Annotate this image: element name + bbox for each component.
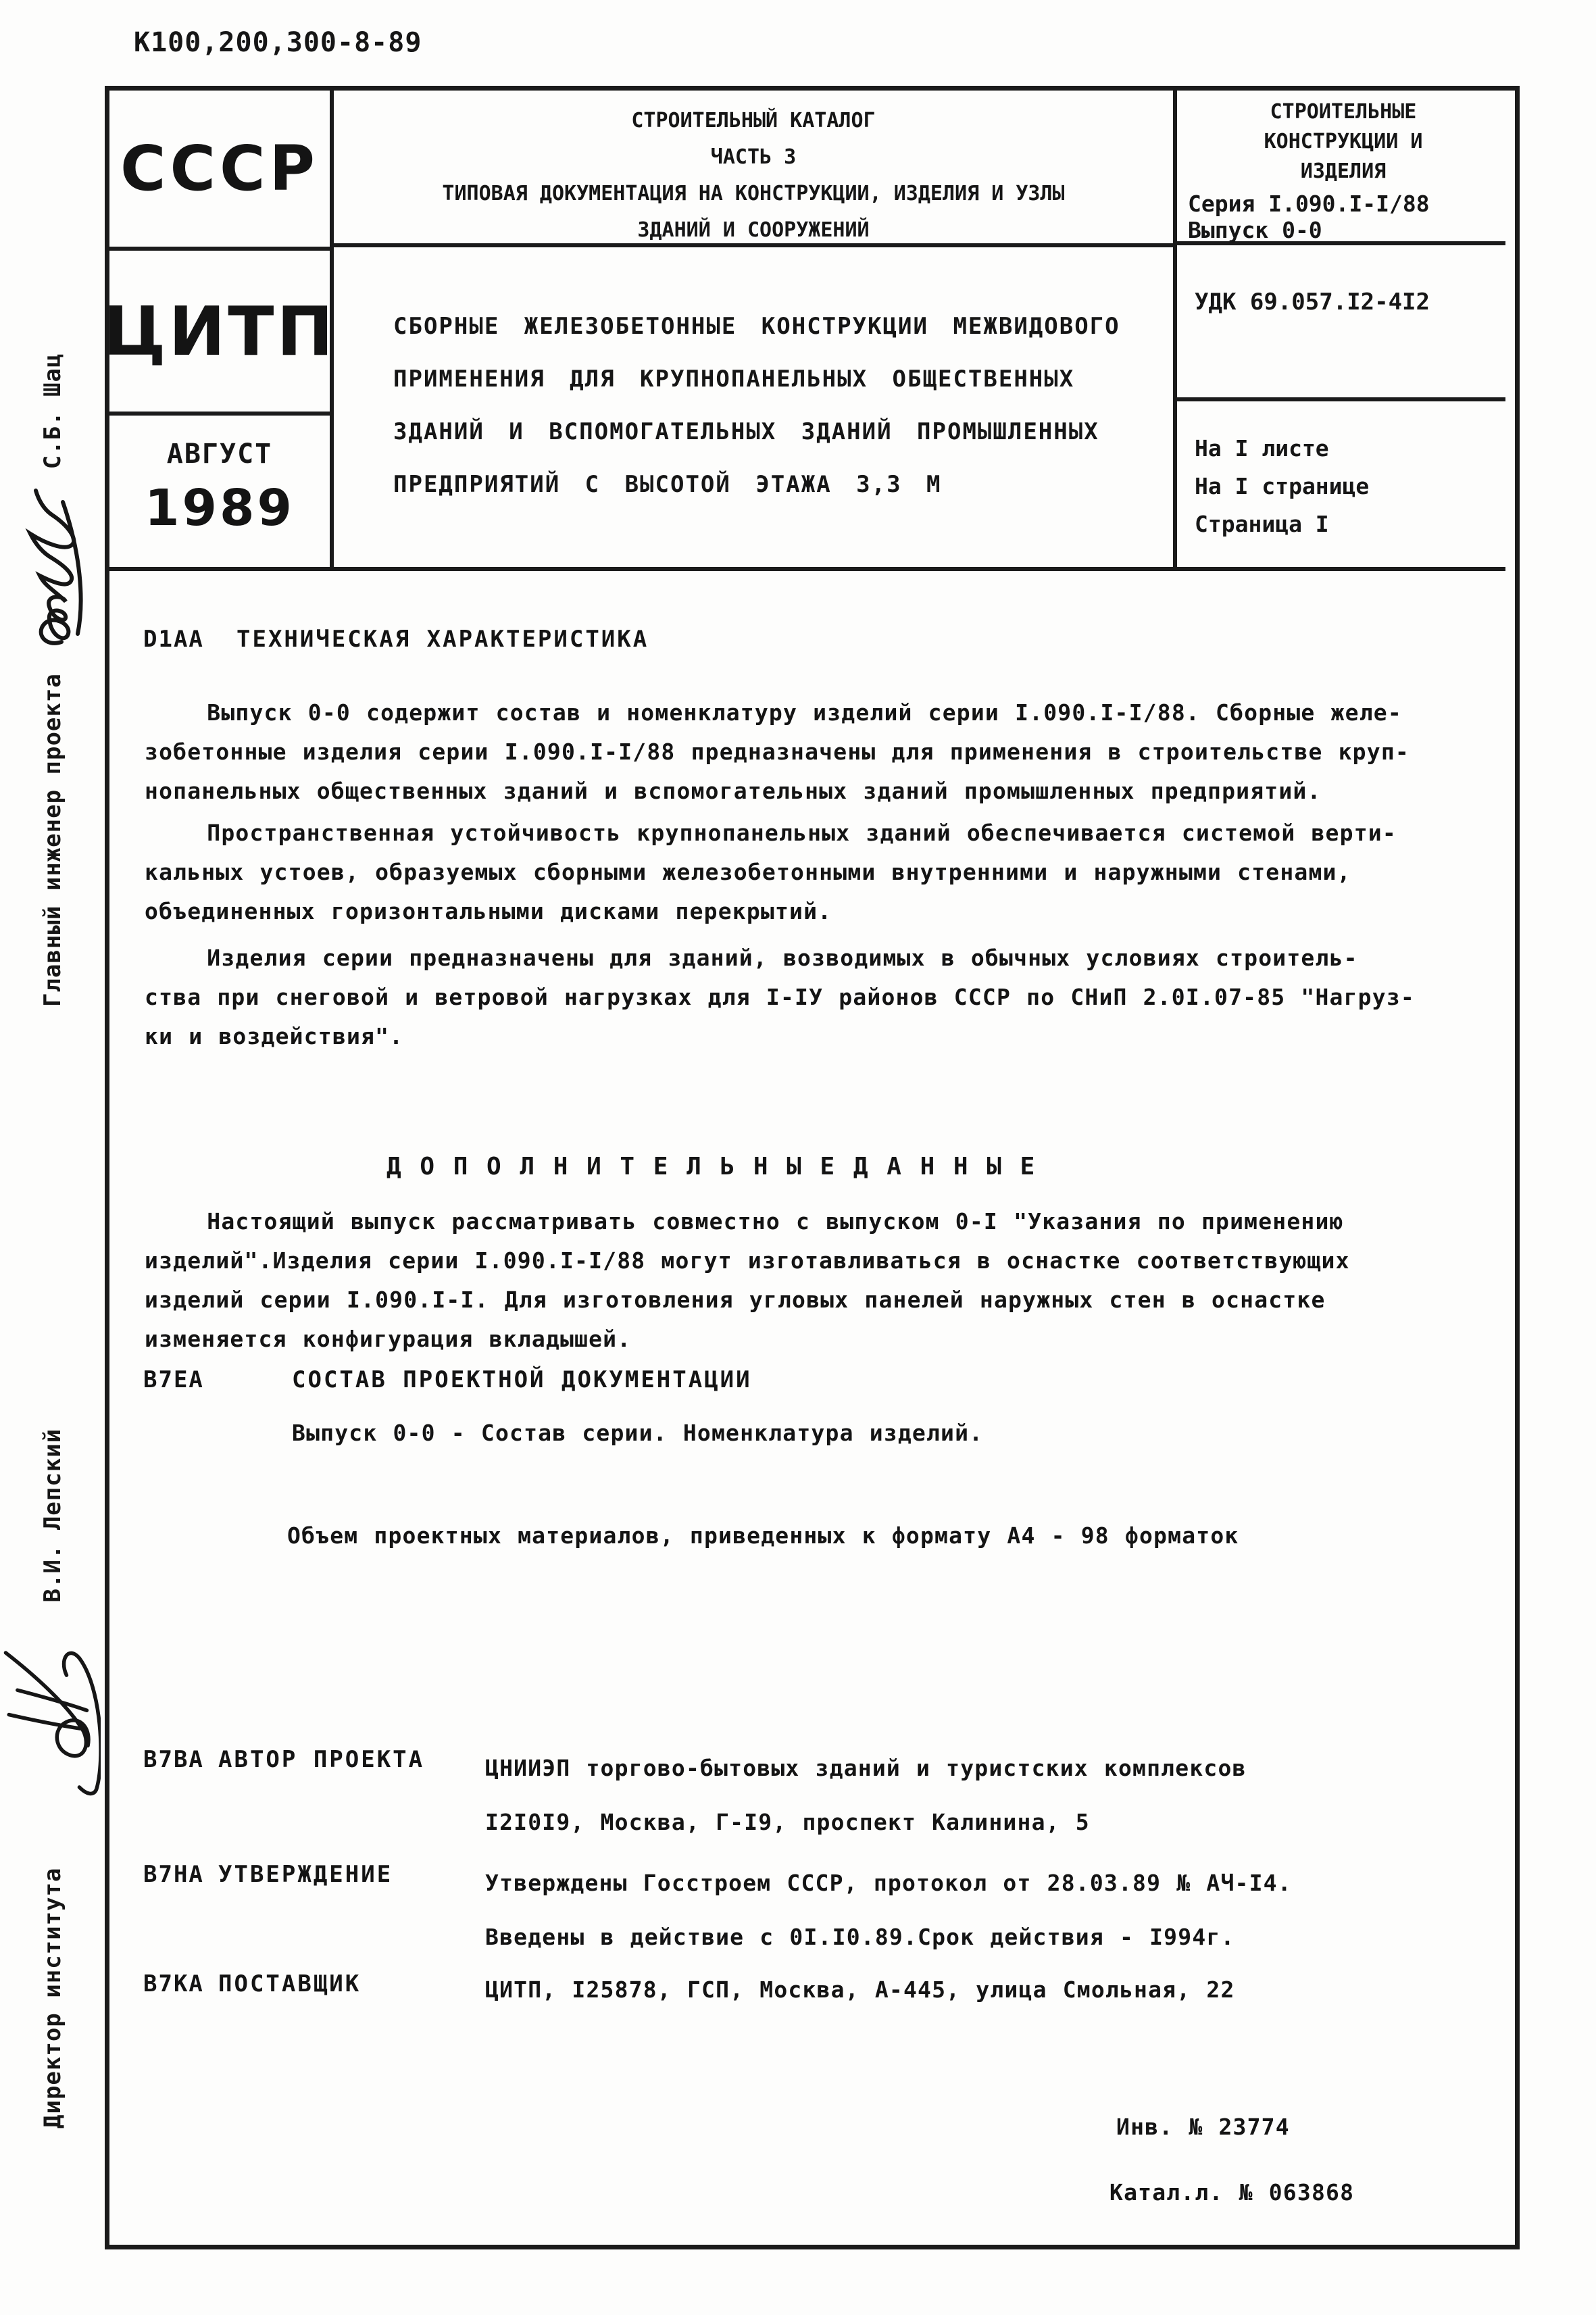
udk-code: УДК 69.057.I2-4I2 [1177,245,1505,316]
header-cell-main-title: СБОРНЫЕ ЖЕЛЕЗОБЕТОННЫЕ КОНСТРУКЦИИ МЕЖВИ… [334,247,1173,567]
series-number: Серия I.090.I-I/88 [1188,191,1499,217]
country-label: СССР [120,132,319,205]
header-cell-sheet-info: На I листе На I странице Страница I [1173,401,1505,567]
margin-signature-block-director: Директор института В.И. Лепский [5,1341,100,2129]
header-cell-udk: УДК 69.057.I2-4I2 [1173,245,1505,401]
additional-paragraph: Настоящий выпуск рассматривать совместно… [145,1202,1449,1359]
section-code-b7va: В7ВА [143,1746,204,1773]
section-code-b7na: В7НА [143,1861,204,1888]
corner-classification-code: К100,200,300-8-89 [134,27,422,58]
director-name: В.И. Лепский [39,1428,66,1603]
tech-paragraph-1: Выпуск 0-0 содержит состав и номенклатур… [145,693,1449,811]
document-frame: СССР ЦИТП АВГУСТ 1989 СТРОИТЕЛЬНЫЙ КАТАЛ… [105,86,1520,2249]
supplier-value: ЦИТП, I25878, ГСП, Москва, А-445, улица … [485,1970,1465,2010]
catalog-part: ЧАСТЬ 3 [334,139,1173,176]
issue-number: Выпуск 0-0 [1188,217,1499,243]
inventory-number: Инв. № 23774 [1116,2108,1290,2147]
header-cell-org: ЦИТП [109,251,334,416]
chief-engineer-label: Главный инженер проекта [39,673,66,1007]
header-cell-date: АВГУСТ 1989 [109,416,334,567]
section-heading-technical: ТЕХНИЧЕСКАЯ ХАРАКТЕРИСТИКА [236,626,649,653]
series-caption: СТРОИТЕЛЬНЫЕ КОНСТРУКЦИИ И ИЗДЕЛИЯ [1188,97,1499,186]
catalog-doc-type-2: ЗДАНИЙ И СООРУЖЕНИЙ [334,212,1173,249]
sheet-page-info: На I листе На I странице Страница I [1177,401,1505,543]
header-table: СССР ЦИТП АВГУСТ 1989 СТРОИТЕЛЬНЫЙ КАТАЛ… [109,91,1505,571]
tech-paragraph-3: Изделия серии предназначены для зданий, … [145,939,1449,1056]
section-heading-composition: СОСТАВ ПРОЕКТНОЙ ДОКУМЕНТАЦИИ [292,1366,752,1393]
director-signature-icon [0,1619,107,1849]
section-code-d1aa: D1AA [143,626,204,653]
catalog-doc-type: ТИПОВАЯ ДОКУМЕНТАЦИЯ НА КОНСТРУКЦИИ, ИЗД… [334,176,1173,212]
margin-signature-block-chief-engineer: Главный инженер проекта С.Б. Шац [5,267,100,1007]
approval-value: Утверждены Госстроем СССР, протокол от 2… [485,1856,1465,1964]
header-cell-country: СССР [109,91,334,251]
org-logo-text: ЦИТП [103,292,336,371]
catalog-sheet-page: К100,200,300-8-89 Главный инженер проект… [0,0,1596,2315]
composition-issue-line: Выпуск 0-0 - Состав серии. Номенклатура … [292,1414,983,1453]
section-code-b7ea: В7ЕА [143,1366,204,1393]
header-cell-catalog: СТРОИТЕЛЬНЫЙ КАТАЛОГ ЧАСТЬ 3 ТИПОВАЯ ДОК… [334,91,1173,247]
chief-engineer-signature-icon [13,485,93,654]
header-cell-series: СТРОИТЕЛЬНЫЕ КОНСТРУКЦИИ И ИЗДЕЛИЯ Серия… [1173,91,1505,245]
catalog-sheet-number: Катал.л. № 063868 [1109,2173,1354,2212]
chief-engineer-name: С.Б. Шац [39,353,66,469]
issue-year: 1989 [109,479,330,537]
author-value: ЦНИИЭП торгово-бытовых зданий и туристск… [485,1741,1465,1849]
section-heading-additional: Д О П О Л Н И Т Е Л Ь Н Ы Е Д А Н Н Ы Е [386,1153,1037,1180]
document-title: СБОРНЫЕ ЖЕЛЕЗОБЕТОННЫЕ КОНСТРУКЦИИ МЕЖВИ… [393,300,1139,511]
section-code-b7ka: В7КА [143,1970,204,1997]
issue-month: АВГУСТ [109,439,330,470]
tech-paragraph-2: Пространственная устойчивость крупнопане… [145,814,1449,931]
author-label: АВТОР ПРОЕКТА [218,1746,424,1773]
supplier-label: ПОСТАВЩИК [218,1970,361,1997]
director-label: Директор института [39,1868,66,2129]
composition-volume-line: Объем проектных материалов, приведенных … [287,1516,1239,1555]
approval-label: УТВЕРЖДЕНИЕ [218,1861,393,1888]
catalog-title: СТРОИТЕЛЬНЫЙ КАТАЛОГ [334,103,1173,139]
